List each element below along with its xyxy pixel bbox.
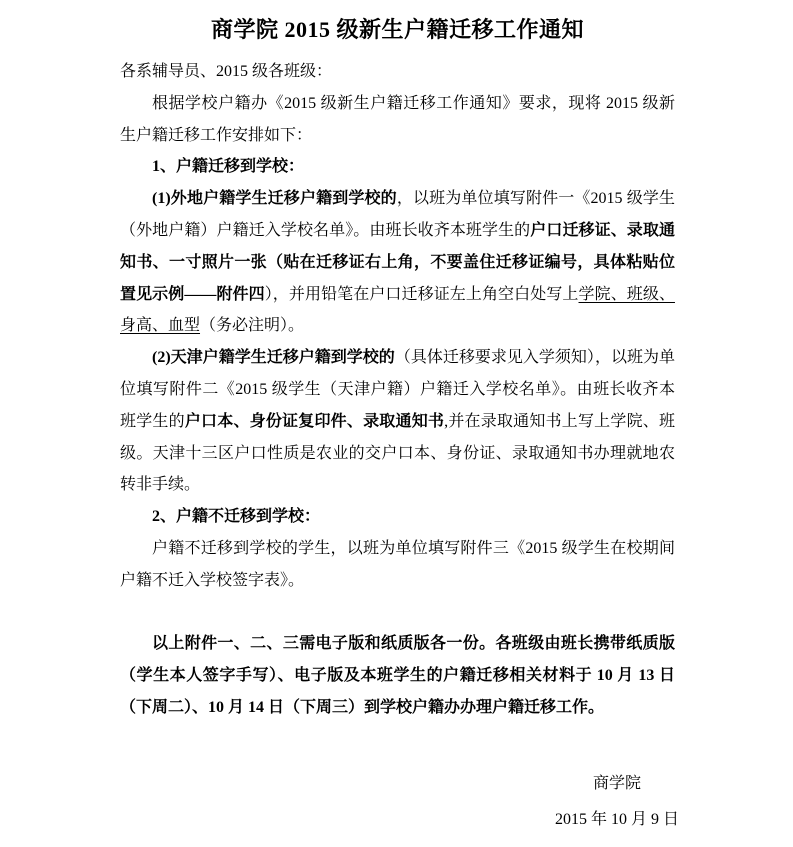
text-run: 2、户籍不迁移到学校： bbox=[152, 508, 320, 525]
text-run: 以上附件一、二、三需电子版和纸质版各一份。各班级由班长携带纸质版（学生本人签字手… bbox=[120, 635, 675, 716]
text-run: 1、户籍迁移到学校： bbox=[152, 158, 304, 175]
paragraph: 以上附件一、二、三需电子版和纸质版各一份。各班级由班长携带纸质版（学生本人签字手… bbox=[120, 628, 675, 723]
signature-date: 2015 年 10 月 9 日 bbox=[487, 802, 747, 838]
paragraph: 各系辅导员、2015 级各班级： bbox=[120, 56, 675, 88]
text-run: (1)外地户籍学生迁移户籍到学校的 bbox=[152, 190, 397, 207]
text-run: 户籍不迁移到学校的学生，以班为单位填写附件三《2015 级学生在校期间户籍不迁入… bbox=[120, 540, 675, 589]
signature-org: 商学院 bbox=[487, 766, 747, 802]
text-run: (2)天津户籍学生迁移户籍到学校的 bbox=[152, 349, 395, 366]
text-run: （务必注明）。 bbox=[200, 317, 304, 334]
text-run: 户口本、身份证复印件、录取通知书 bbox=[185, 413, 444, 430]
text-run: 各系辅导员、2015 级各班级： bbox=[120, 63, 332, 80]
document-page: 商学院 2015 级新生户籍迁移工作通知 各系辅导员、2015 级各班级：根据学… bbox=[0, 0, 793, 847]
paragraph: (2)天津户籍学生迁移户籍到学校的（具体迁移要求见入学须知），以班为单位填写附件… bbox=[120, 342, 675, 501]
document-title: 商学院 2015 级新生户籍迁移工作通知 bbox=[120, 14, 675, 46]
paragraph: 根据学校户籍办《2015 级新生户籍迁移工作通知》要求，现将 2015 级新生户… bbox=[120, 88, 675, 152]
paragraph: 2、户籍不迁移到学校： bbox=[120, 501, 675, 533]
text-run: 根据学校户籍办《2015 级新生户籍迁移工作通知》要求，现将 2015 级新生户… bbox=[120, 95, 675, 144]
text-run: ），并用铅笔在户口迁移证左上角空白处写上 bbox=[265, 286, 579, 303]
paragraph: 户籍不迁移到学校的学生，以班为单位填写附件三《2015 级学生在校期间户籍不迁入… bbox=[120, 533, 675, 597]
paragraph: 1、户籍迁移到学校： bbox=[120, 151, 675, 183]
signature-block: 商学院 2015 年 10 月 9 日 bbox=[487, 766, 747, 838]
document-body: 各系辅导员、2015 级各班级：根据学校户籍办《2015 级新生户籍迁移工作通知… bbox=[120, 56, 675, 724]
paragraph: (1)外地户籍学生迁移户籍到学校的，以班为单位填写附件一《2015 级学生（外地… bbox=[120, 183, 675, 342]
